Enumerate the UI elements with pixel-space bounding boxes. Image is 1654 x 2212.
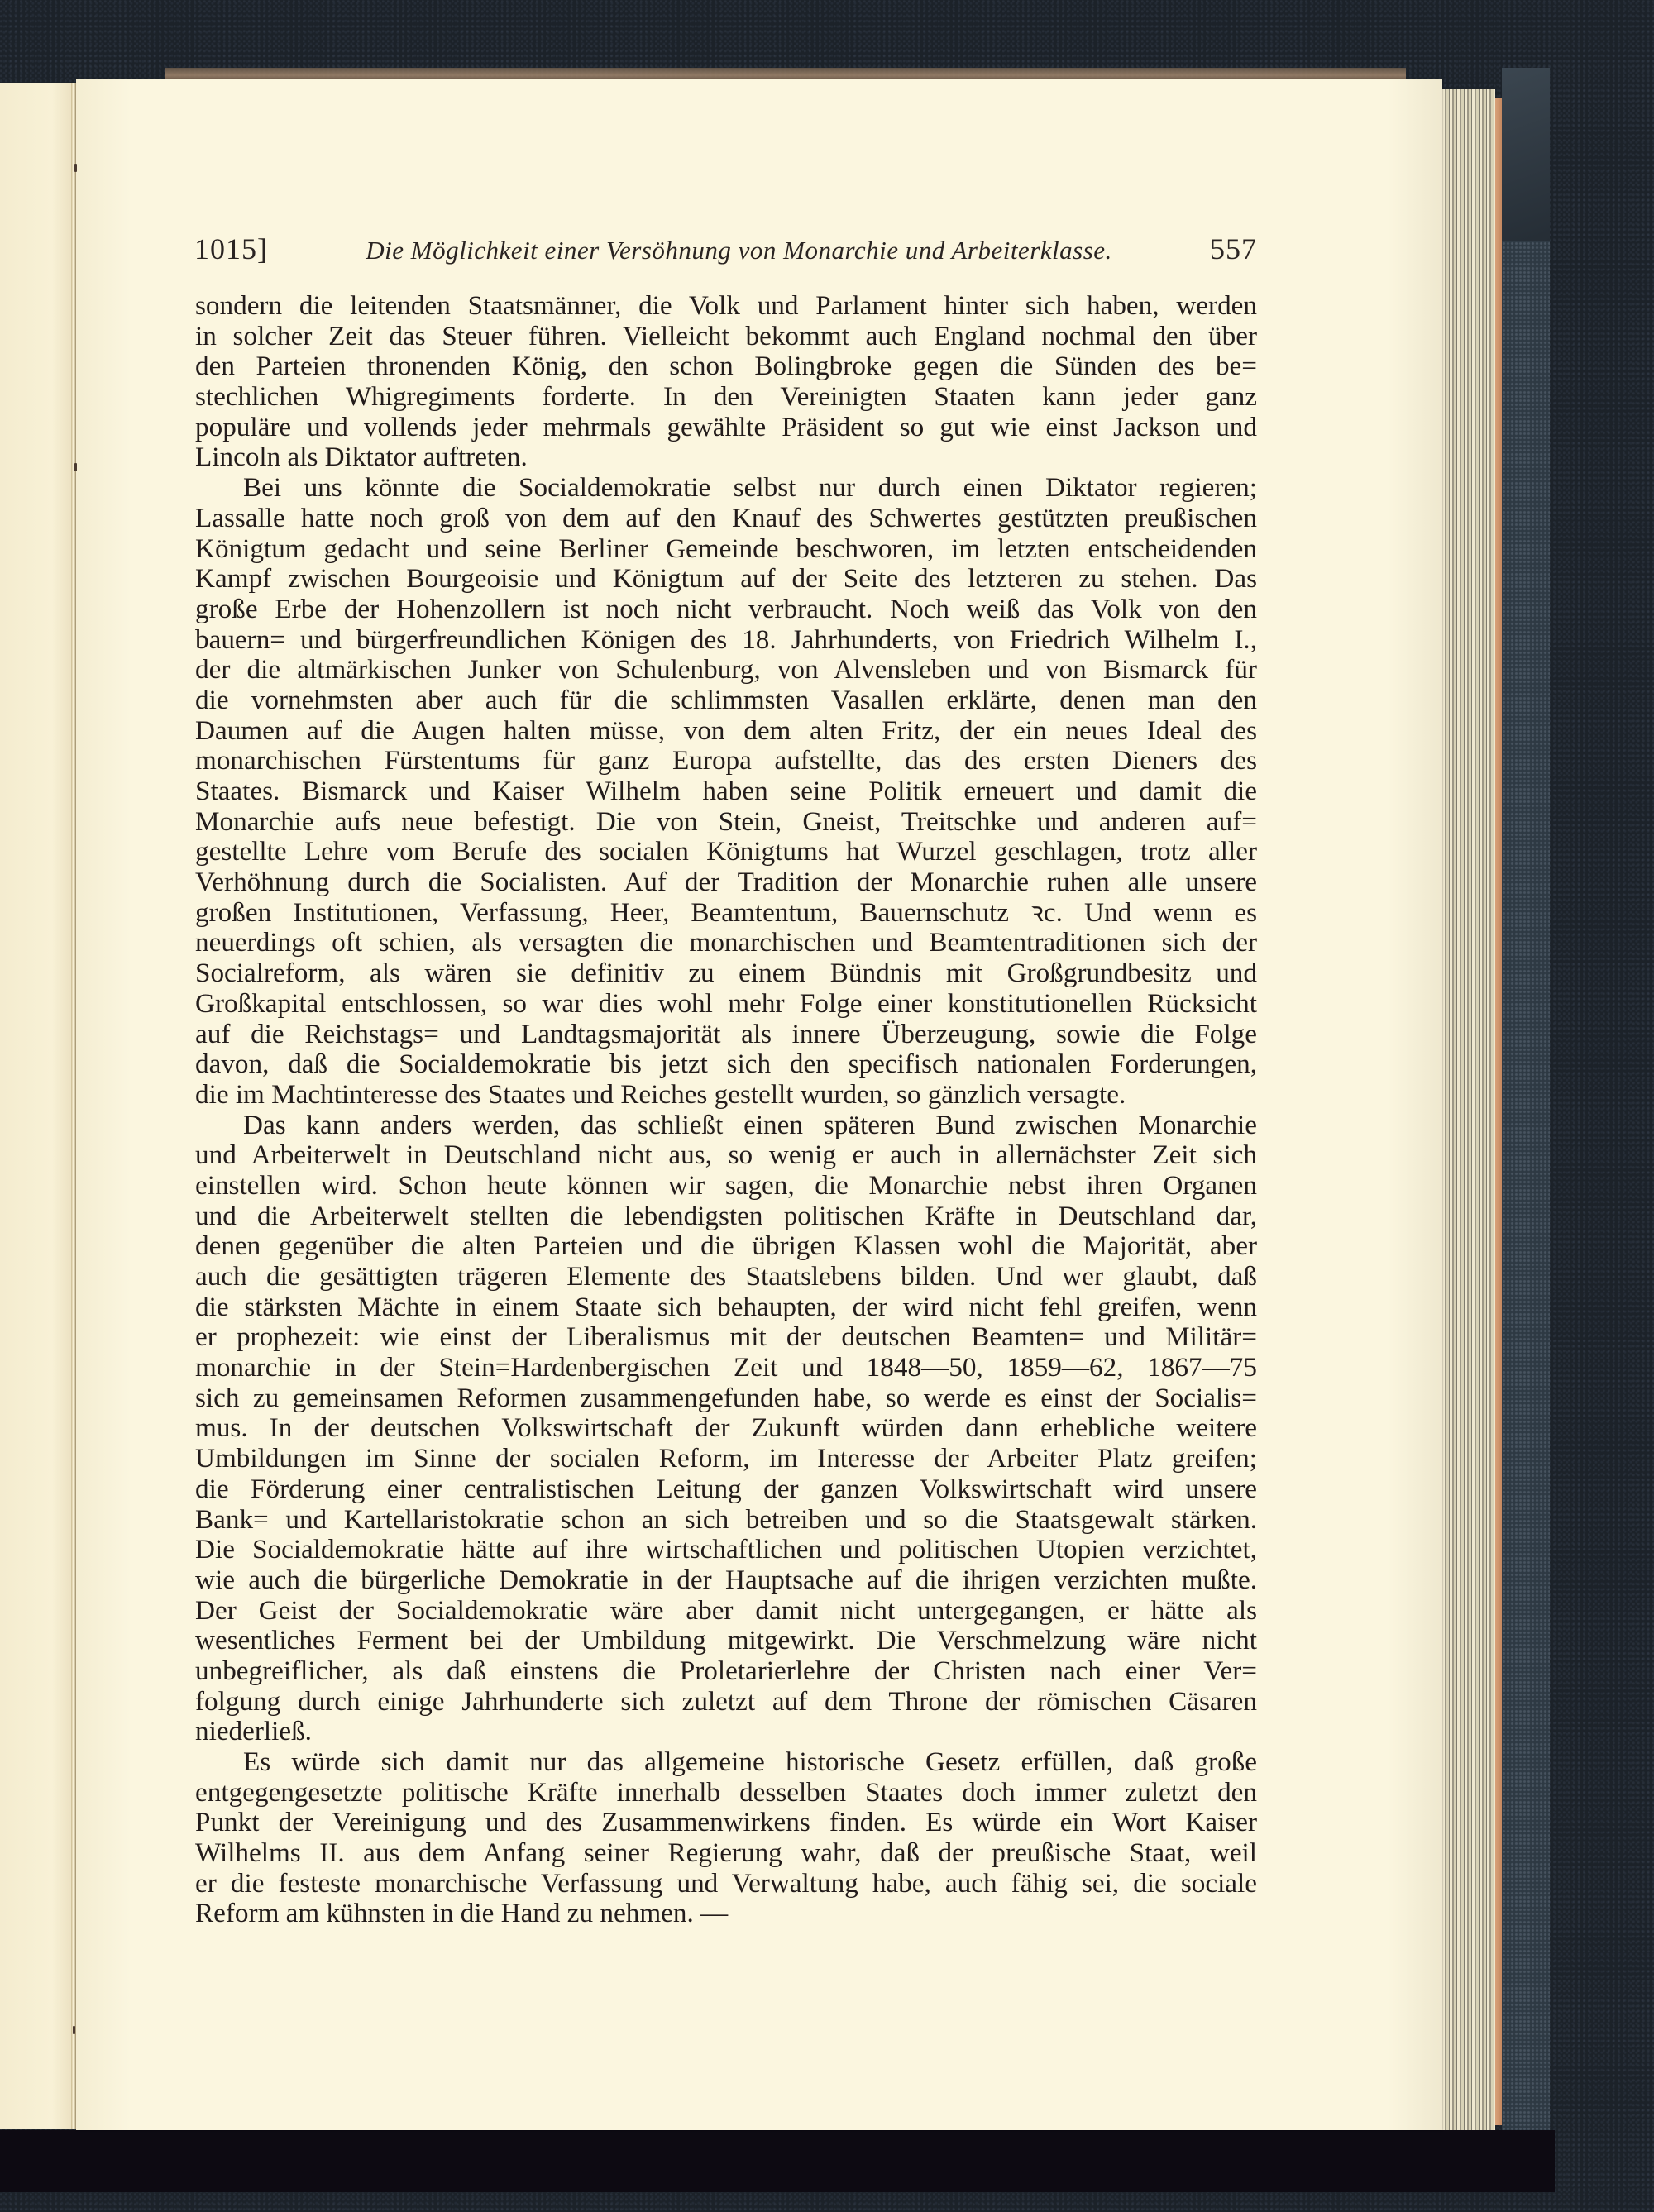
text-line: neuerdings oft schien, als versagten die… <box>195 928 1257 958</box>
text-line: populäre und vollends jeder mehrmals gew… <box>195 413 1257 443</box>
gutter-mark <box>74 164 77 172</box>
text-line: auch die gesättigten trägeren Elemente d… <box>195 1262 1257 1292</box>
running-title: Die Möglichkeit einer Versöhnung von Mon… <box>268 236 1210 265</box>
section-number: 1015] <box>194 232 268 266</box>
text-line: Reform am kühnsten in die Hand zu nehmen… <box>195 1899 1257 1929</box>
text-line: Großkapital entschlossen, so war dies wo… <box>195 989 1257 1020</box>
text-line: monarchischen Fürstentums für ganz Europ… <box>195 746 1257 776</box>
text-line: folgung durch einige Jahrhunderte sich z… <box>195 1687 1257 1718</box>
text-line: sondern die leitenden Staatsmänner, die … <box>195 291 1257 322</box>
text-line: einstellen wird. Schon heute können wir … <box>195 1171 1257 1202</box>
text-line: er prophezeit: wie einst der Liberalismu… <box>195 1322 1257 1353</box>
book-cover-board <box>1502 68 1550 2152</box>
text-line: Monarchie aufs neue befestigt. Die von S… <box>195 807 1257 838</box>
text-line: niederließ. <box>195 1717 1257 1747</box>
page-gilt-edge <box>1495 98 1502 2125</box>
text-line: die Förderung einer centralistischen Lei… <box>195 1474 1257 1505</box>
text-line: wie auch die bürgerliche Demokratie in d… <box>195 1565 1257 1596</box>
text-line: Das kann anders werden, das schließt ein… <box>195 1111 1257 1141</box>
text-line: die stärksten Mächte in einem Staate sic… <box>195 1292 1257 1323</box>
text-line: Lassalle hatte noch groß von dem auf den… <box>195 504 1257 534</box>
gutter-mark <box>73 2026 75 2034</box>
text-line: großen Institutionen, Verfassung, Heer, … <box>195 898 1257 929</box>
text-line: Es würde sich damit nur das allgemeine h… <box>195 1747 1257 1778</box>
text-line: Der Geist der Socialdemokratie wäre aber… <box>195 1596 1257 1627</box>
text-line: davon, daß die Socialdemokratie bis jetz… <box>195 1049 1257 1080</box>
left-page-edge <box>0 83 74 2129</box>
text-line: der die altmärkischen Junker von Schulen… <box>195 655 1257 686</box>
paragraph: Es würde sich damit nur das allgemeine h… <box>195 1747 1257 1929</box>
book-bottom-board <box>0 2130 1555 2192</box>
text-line: und die Arbeiterwelt stellten die lebend… <box>195 1202 1257 1232</box>
text-line: stechlichen Whigregiments forderte. In d… <box>195 382 1257 413</box>
text-line: Umbildungen im Sinne der socialen Reform… <box>195 1444 1257 1474</box>
text-line: Kampf zwischen Bourgeoisie und Königtum … <box>195 564 1257 595</box>
text-line: bauern= und bürgerfreundlichen Königen d… <box>195 625 1257 656</box>
text-line: mus. In der deutschen Volkswirtschaft de… <box>195 1413 1257 1444</box>
paragraph: Das kann anders werden, das schließt ein… <box>195 1111 1257 1747</box>
text-line: unbegreiflicher, als daß einstens die Pr… <box>195 1656 1257 1687</box>
text-line: und Arbeiterwelt in Deutschland nicht au… <box>195 1140 1257 1171</box>
text-line: entgegengesetzte politische Kräfte inner… <box>195 1778 1257 1808</box>
paragraph: sondern die leitenden Staatsmänner, die … <box>195 291 1257 473</box>
gutter-mark <box>74 463 77 471</box>
text-line: wesentliches Ferment bei der Umbildung m… <box>195 1626 1257 1656</box>
text-line: Staates. Bismarck und Kaiser Wilhelm hab… <box>195 776 1257 807</box>
text-line: den Parteien thronenden König, den schon… <box>195 351 1257 382</box>
text-line: Daumen auf die Augen halten müsse, von d… <box>195 716 1257 747</box>
text-line: in solcher Zeit das Steuer führen. Viell… <box>195 322 1257 352</box>
text-line: Verhöhnung durch die Socialisten. Auf de… <box>195 867 1257 898</box>
text-line: Socialreform, als wären sie definitiv zu… <box>195 958 1257 989</box>
text-line: Wilhelms II. aus dem Anfang seiner Regie… <box>195 1838 1257 1869</box>
book-cover-corner <box>1502 68 1550 241</box>
page-number: 557 <box>1210 232 1257 266</box>
text-line: große Erbe der Hohenzollern ist noch nic… <box>195 595 1257 625</box>
text-line: die vornehmsten aber auch für die schlim… <box>195 686 1257 716</box>
text-line: gestellte Lehre vom Berufe des socialen … <box>195 837 1257 867</box>
text-line: Bank= und Kartellaristokratie schon an s… <box>195 1505 1257 1536</box>
body-text: sondern die leitenden Staatsmänner, die … <box>195 291 1257 1929</box>
text-line: die im Machtinteresse des Staates und Re… <box>195 1080 1257 1111</box>
text-line: sich zu gemeinsamen Reformen zusammengef… <box>195 1383 1257 1414</box>
text-line: auf die Reichstags= und Landtagsmajoritä… <box>195 1020 1257 1050</box>
text-line: Die Socialdemokratie hätte auf ihre wirt… <box>195 1535 1257 1565</box>
text-line: monarchie in der Stein=Hardenbergischen … <box>195 1353 1257 1383</box>
paragraph: Bei uns könnte die Socialdemokratie selb… <box>195 473 1257 1110</box>
text-line: Lincoln als Diktator auftreten. <box>195 442 1257 473</box>
text-line: Bei uns könnte die Socialdemokratie selb… <box>195 473 1257 504</box>
text-line: denen gegenüber die alten Parteien und d… <box>195 1231 1257 1262</box>
running-head: 1015] Die Möglichkeit einer Versöhnung v… <box>194 232 1257 281</box>
text-line: er die festeste monarchische Verfassung … <box>195 1869 1257 1899</box>
text-line: Punkt der Vereinigung und des Zusammenwi… <box>195 1808 1257 1838</box>
page-stack-edges <box>1442 89 1495 2132</box>
text-line: Königtum gedacht und seine Berliner Geme… <box>195 534 1257 565</box>
